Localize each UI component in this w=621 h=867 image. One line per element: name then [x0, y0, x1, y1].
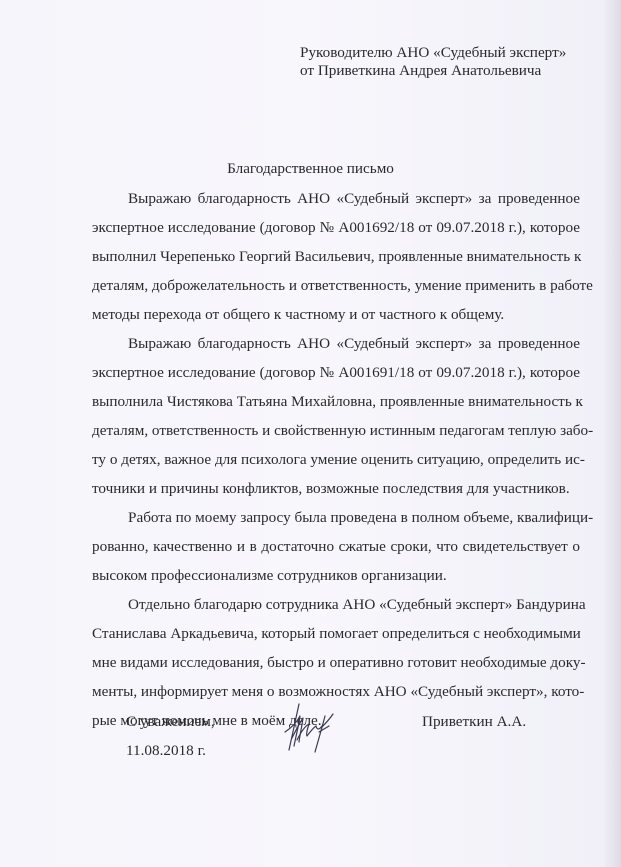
closing-block: С уважением, 11.08.2018 г. — [126, 707, 215, 765]
text-line: мне видами исследования, быстро и операт… — [92, 648, 580, 677]
handwritten-signature-icon — [283, 702, 339, 756]
letter-page: Руководителю АНО «Судебный эксперт» от П… — [0, 0, 621, 867]
addressee-block: Руководителю АНО «Судебный эксперт» от П… — [300, 44, 566, 80]
closing-date: 11.08.2018 г. — [126, 736, 215, 765]
text-line: экспертное исследование (договор № А0016… — [92, 213, 580, 242]
text-line: Отдельно благодарю сотрудника АНО «Судеб… — [92, 590, 580, 619]
text-line: методы перехода от общего к частному и о… — [92, 300, 580, 329]
addressee-sender: от Приветкина Андрея Анатольевича — [300, 62, 566, 80]
text-line: Выражаю благодарность АНО «Судебный эксп… — [92, 184, 580, 213]
addressee-recipient: Руководителю АНО «Судебный эксперт» — [300, 44, 566, 62]
text-line: Выражаю благодарность АНО «Судебный эксп… — [92, 329, 580, 358]
text-line: Станислава Аркадьевича, который помогает… — [92, 619, 580, 648]
text-line: деталям, ответственность и свойственную … — [92, 416, 580, 445]
signer-name: Приветкин А.А. — [422, 707, 526, 736]
letter-body: Выражаю благодарность АНО «Судебный эксп… — [92, 184, 580, 735]
letter-title: Благодарственное письмо — [0, 160, 621, 178]
paragraph-2: Выражаю благодарность АНО «Судебный эксп… — [92, 329, 580, 503]
text-line: высоком профессионализме сотрудников орг… — [92, 561, 580, 590]
text-line: выполнил Черепенько Георгий Васильевич, … — [92, 242, 580, 271]
closing-salutation: С уважением, — [126, 707, 215, 736]
text-line: ту о детях, важное для психолога умение … — [92, 445, 580, 474]
text-line: выполнила Чистякова Татьяна Михайловна, … — [92, 387, 580, 416]
text-line: Работа по моему запросу была проведена в… — [92, 503, 580, 532]
paragraph-3: Работа по моему запросу была проведена в… — [92, 503, 580, 590]
text-line: экспертное исследование (договор № А0016… — [92, 358, 580, 387]
text-line: деталям, доброжелательность и ответствен… — [92, 271, 580, 300]
text-line: точники и причины конфликтов, возможные … — [92, 474, 580, 503]
text-line: рованно, качественно и в достаточно сжат… — [92, 532, 580, 561]
paragraph-1: Выражаю благодарность АНО «Судебный эксп… — [92, 184, 580, 329]
